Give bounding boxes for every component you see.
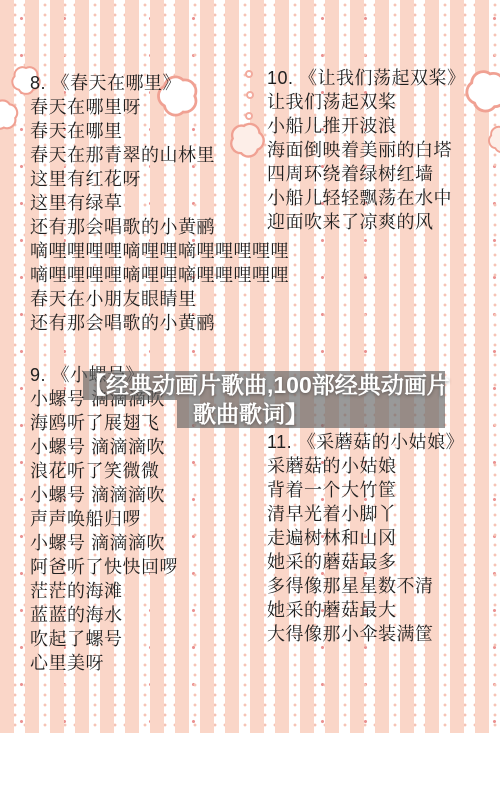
lyric-line: 背着一个大竹筐: [267, 478, 464, 502]
lyric-line: 茫茫的海滩: [30, 579, 178, 603]
lyric-line: 还有那会唱歌的小黄鹂: [30, 311, 289, 335]
flower-cloud-icon: [483, 120, 500, 158]
lyric-line: 春天在小朋友眼睛里: [30, 287, 289, 311]
lyric-line: 心里美呀: [30, 651, 178, 675]
lyric-line: 阿爸听了快快回啰: [30, 555, 178, 579]
song-block-9: 9. 《小螺号》 小螺号 滴滴滴吹 海鸥听了展翅飞 小螺号 滴滴滴吹 浪花听了笑…: [30, 363, 178, 675]
lyric-line: 小螺号 滴滴滴吹: [30, 483, 178, 507]
song-block-10: 10. 《让我们荡起双桨》 让我们荡起双桨 小船儿推开波浪 海面倒映着美丽的白塔…: [267, 66, 466, 234]
song-heading: 8. 《春天在哪里》: [30, 71, 289, 95]
lyric-line: 春天在哪里呀: [30, 95, 289, 119]
lyric-line: 海面倒映着美丽的白塔: [267, 138, 466, 162]
title-banner-line-2: 歌曲歌词】: [177, 400, 445, 428]
lyric-line: 四周环绕着绿树红墙: [267, 162, 466, 186]
lyric-line: 这里有红花呀: [30, 167, 289, 191]
title-banner-line-1: 【经典动画片歌曲,100部经典动画片: [83, 371, 445, 400]
lyric-line: 清早光着小脚丫: [267, 502, 464, 526]
song-block-8: 8. 《春天在哪里》 春天在哪里呀 春天在哪里 春天在那青翠的山林里 这里有红花…: [30, 71, 289, 335]
lyric-line: 春天在哪里: [30, 119, 289, 143]
lyric-line: 浪花听了笑微微: [30, 459, 178, 483]
lyric-line: 走遍树林和山冈: [267, 526, 464, 550]
lyric-line: 多得像那星星数不清: [267, 574, 464, 598]
lyric-line: 她采的蘑菇最多: [267, 550, 464, 574]
lyric-line: 迎面吹来了凉爽的风: [267, 210, 466, 234]
lyric-line: 让我们荡起双桨: [267, 90, 466, 114]
lyrics-page: 8. 《春天在哪里》 春天在哪里呀 春天在哪里 春天在那青翠的山林里 这里有红花…: [0, 0, 500, 800]
lyric-line: 这里有绿草: [30, 191, 289, 215]
lyric-line: 采蘑菇的小姑娘: [267, 454, 464, 478]
song-heading: 10. 《让我们荡起双桨》: [267, 66, 466, 90]
song-heading: 11. 《采蘑菇的小姑娘》: [267, 430, 464, 454]
lyric-line: 海鸥听了展翅飞: [30, 411, 178, 435]
lyric-line: 大得像那小伞装满筐: [267, 622, 464, 646]
lyric-line: 吹起了螺号: [30, 627, 178, 651]
lyric-line: 声声唤船归啰: [30, 507, 178, 531]
lyric-line: 小船儿推开波浪: [267, 114, 466, 138]
lyric-line: 还有那会唱歌的小黄鹂: [30, 215, 289, 239]
lyric-line: 小船儿轻轻飘荡在水中: [267, 186, 466, 210]
lyric-line: 蓝蓝的海水: [30, 603, 178, 627]
lyric-line: 小螺号 滴滴滴吹: [30, 531, 178, 555]
song-block-11: 11. 《采蘑菇的小姑娘》 采蘑菇的小姑娘 背着一个大竹筐 清早光着小脚丫 走遍…: [267, 430, 464, 646]
lyric-line: 嘀哩哩哩哩嘀哩哩嘀哩哩哩哩哩: [30, 263, 289, 287]
lyric-line: 春天在那青翠的山林里: [30, 143, 289, 167]
lyric-line: 她采的蘑菇最大: [267, 598, 464, 622]
lyric-line: 小螺号 滴滴滴吹: [30, 435, 178, 459]
lyric-line: 嘀哩哩哩哩嘀哩哩嘀哩哩哩哩哩: [30, 239, 289, 263]
